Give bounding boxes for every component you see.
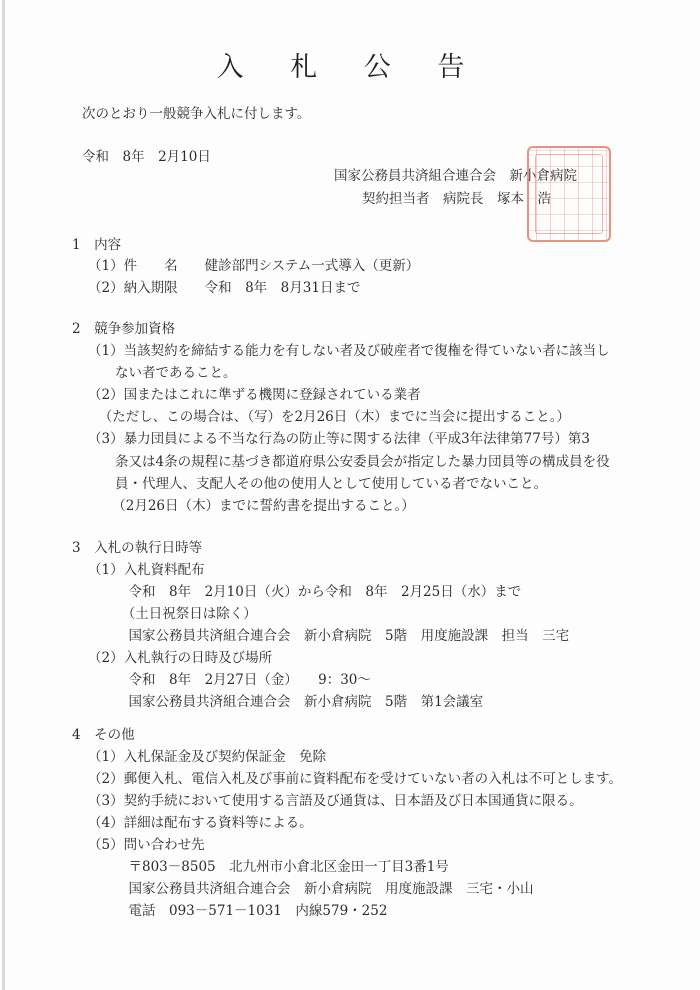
section-3-item: （2）入札執行の日時及び場所 — [88, 649, 272, 667]
section-4-item: （2）郵便入札、電信入札及び事前に資料配布を受けていない者の入札は不可とします。 — [88, 770, 622, 788]
section-4-item: （3）契約手続において使用する言語及び通貨は、日本語及び日本国通貨に限る。 — [88, 792, 583, 810]
section-3-item: （1）入札資料配布 — [88, 561, 205, 579]
section-4-item: 国家公務員共済組合連合会 新小倉病院 用度施設課 三宅・小山 — [88, 880, 534, 898]
issue-date: 令和 8年 2月10日 — [82, 148, 211, 166]
section-2-item: （1）当該契約を締結する能力を有しない者及び破産者で復権を得ていない者に該当し — [88, 342, 610, 360]
section-1-item: （2）納入期限 令和 8年 8月31日まで — [88, 279, 360, 297]
section-2-item: （3）暴力団員による不当な行為の防止等に関する法律（平成3年法律第77号）第3 — [88, 430, 590, 448]
section-1-item: （1）件 名 健診部門システム一式導入（更新） — [88, 257, 419, 275]
section-1-heading: 1 内容 — [72, 236, 121, 254]
section-3-item: （土日祝祭日は除く） — [88, 605, 257, 623]
section-2-item: （2）国またはこれに準ずる機関に登録されている業者 — [88, 386, 421, 404]
issuer-person: 契約担当者 病院長 塚本 浩 — [362, 190, 551, 208]
section-4-item: （1）入札保証金及び契約保証金 免除 — [88, 748, 326, 766]
section-4-item: （4）詳細は配布する資料等による。 — [88, 814, 313, 832]
section-2-item: ない者であること。 — [88, 364, 237, 382]
section-2-item: （2月26日（木）までに誓約書を提出すること。） — [92, 497, 415, 515]
document-page: 入 札 公 告 次のとおり一般競争入札に付します。 令和 8年 2月10日 国家… — [0, 0, 700, 990]
seal-inner-border — [535, 154, 603, 234]
section-4-item: （5）問い合わせ先 — [88, 836, 205, 854]
section-4-item: 〒803－8505 北九州市小倉北区金田一丁目3番1号 — [88, 858, 449, 876]
section-2-item: （ただし、この場合は、（写）を2月26日（木）までに当会に提出すること。） — [92, 408, 570, 426]
section-3-item: 国家公務員共済組合連合会 新小倉病院 5階 用度施設課 担当 三宅 — [88, 627, 569, 645]
section-4-item: 電話 093－571－1031 内線579・252 — [88, 902, 387, 920]
official-seal-stamp — [527, 146, 611, 242]
section-3-item: 国家公務員共済組合連合会 新小倉病院 5階 第1会議室 — [88, 693, 483, 711]
section-3-heading: 3 入札の執行日時等 — [72, 539, 202, 557]
section-3-item: 令和 8年 2月10日（火）から令和 8年 2月25日（水）まで — [88, 583, 521, 601]
section-4-heading: 4 その他 — [72, 726, 135, 744]
document-title: 入 札 公 告 — [0, 45, 700, 84]
scan-edge-line — [2, 0, 5, 990]
section-3-item: 令和 8年 2月27日（金） 9：30～ — [88, 671, 371, 689]
intro-text: 次のとおり一般競争入札に付します。 — [82, 105, 310, 123]
section-2-item: 員・代理人、支配人その他の使用人として使用している者でないこと。 — [88, 475, 547, 493]
section-2-heading: 2 競争参加資格 — [72, 320, 175, 338]
section-2-item: 条又は4条の規程に基づき都道府県公安委員会が指定した暴力団員等の構成員を役 — [88, 453, 610, 471]
